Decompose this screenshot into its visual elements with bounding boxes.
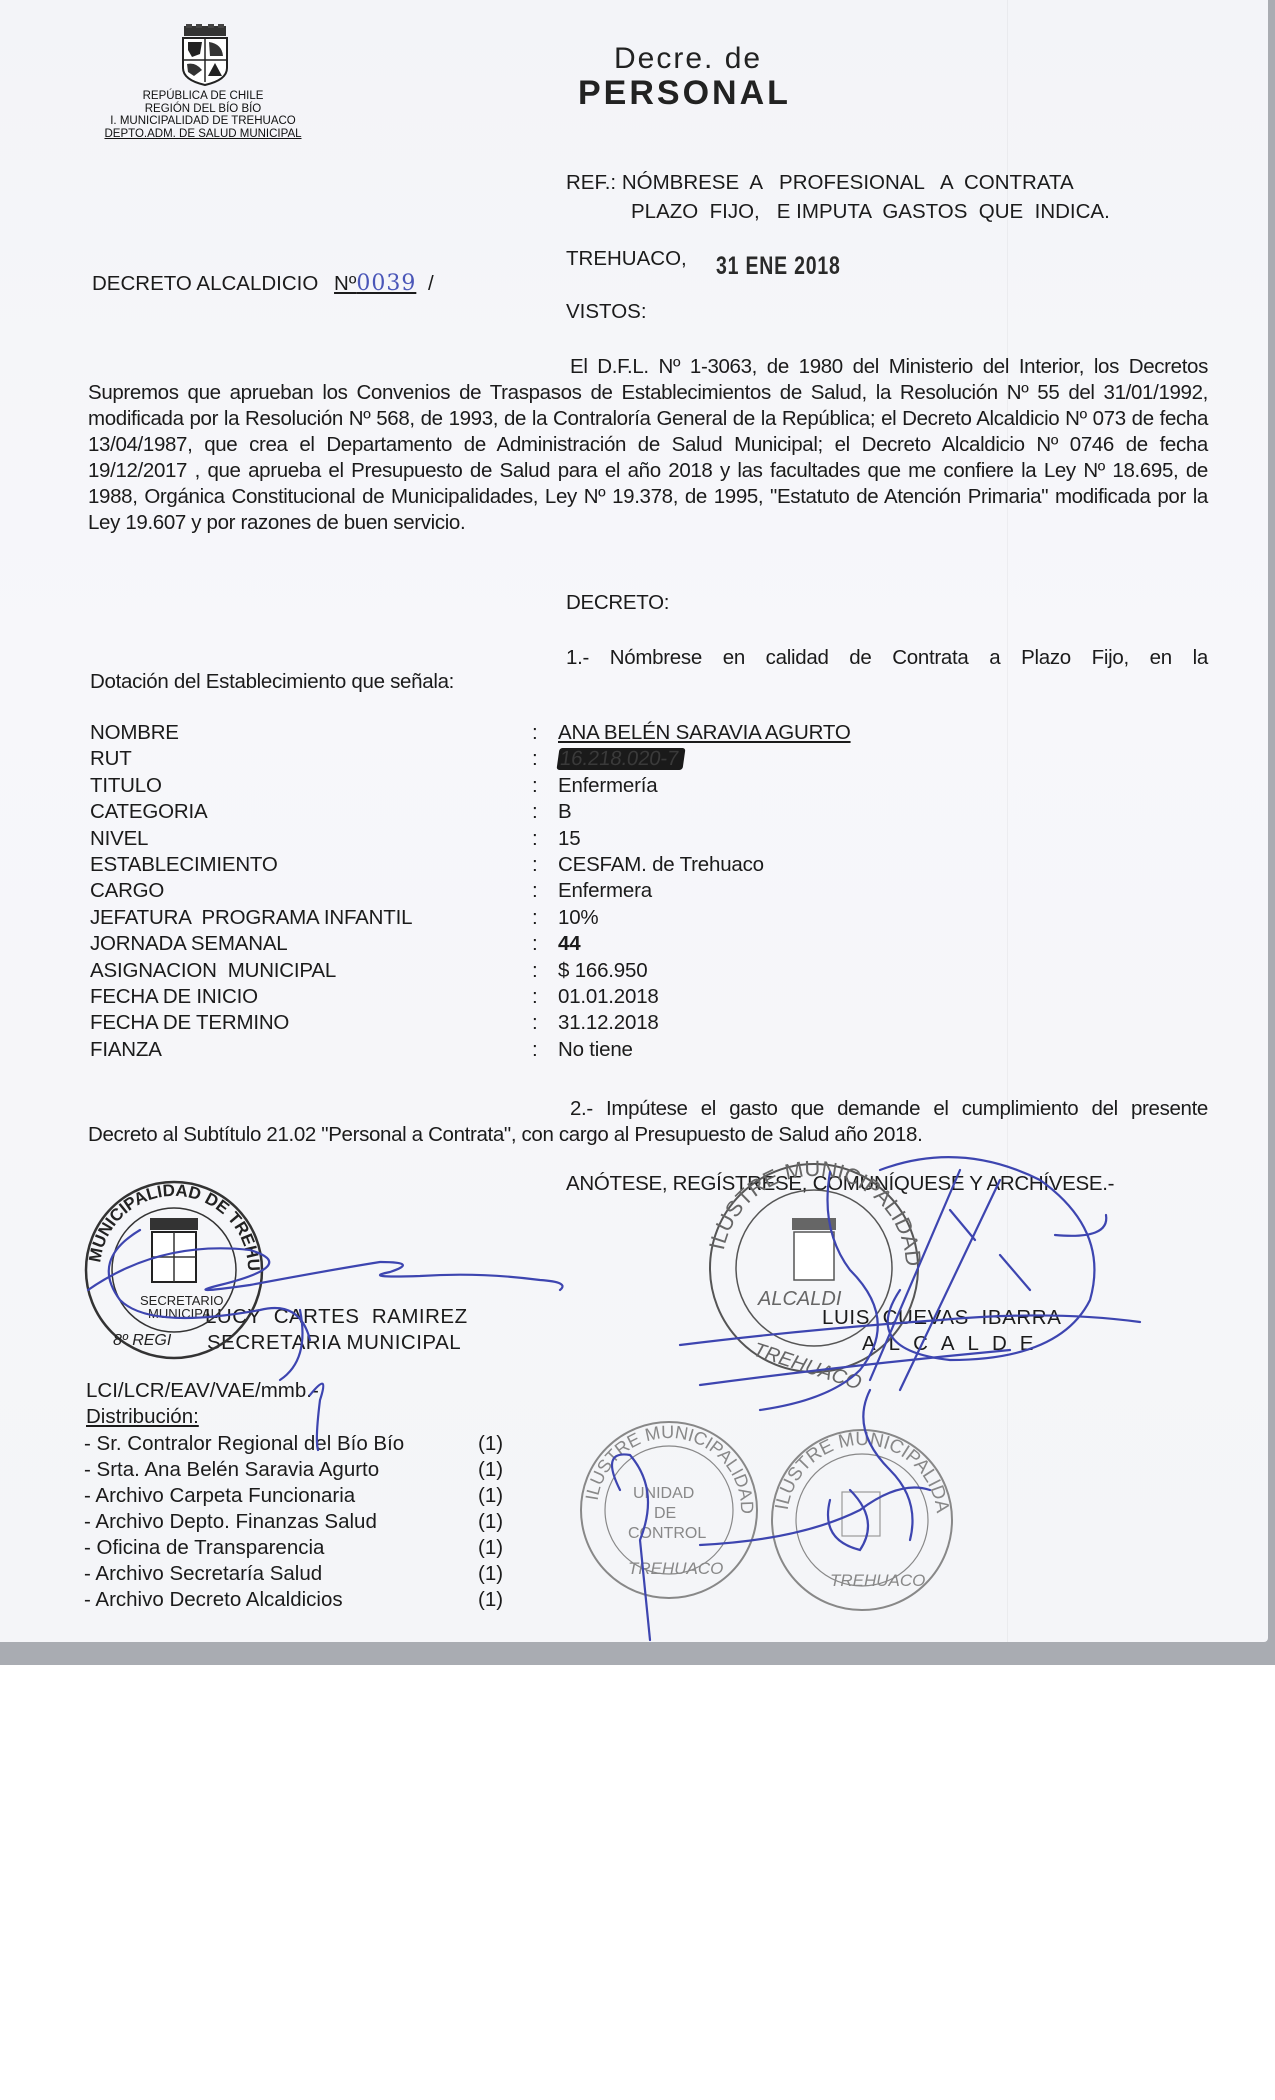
signatory-mayor: LUIS CUEVAS IBARRA ALCALDE [822,1305,1061,1357]
distribution-count: (1) [478,1509,503,1535]
field-value: 16.218.020-7 [558,746,684,772]
item-2-text: 2.- Impútese el gasto que demande el cum… [88,1097,1208,1146]
field-row: ASIGNACION MUNICIPAL:$ 166.950 [90,958,851,984]
item-2-paragraph: 2.- Impútese el gasto que demande el cum… [88,1096,1208,1148]
field-separator: : [532,931,558,957]
field-separator: : [532,984,558,1010]
handwritten-number: 0039 [356,271,416,296]
field-separator: : [532,958,558,984]
decree-number-field: Nº0039 [334,272,416,295]
distribution-list: - Sr. Contralor Regional del Bío Bío(1)-… [84,1431,503,1613]
svg-text:TREHUACO: TREHUACO [830,1571,925,1590]
distribution-count: (1) [478,1535,503,1561]
distribution-item: - Oficina de Transparencia(1) [84,1535,503,1561]
date-stamp: 31 ENE 2018 [716,252,841,281]
distribution-item: - Sr. Contralor Regional del Bío Bío(1) [84,1431,503,1457]
field-label: JEFATURA PROGRAMA INFANTIL [90,905,532,931]
svg-text:TREHUACO: TREHUACO [628,1559,723,1578]
decree-number: DECRETO ALCALDICIO Nº0039 / [92,271,434,296]
stamp-line-1: Decre. de [612,42,791,76]
field-label: CARGO [90,878,532,904]
distribution-item: - Srta. Ana Belén Saravia Agurto(1) [84,1457,503,1483]
distribution-count: (1) [478,1561,503,1587]
vistos-paragraph: El D.F.L. Nº 1-3063, de 1980 del Ministe… [88,354,1208,536]
field-value: No tiene [558,1037,633,1063]
distribution-item: - Archivo Carpeta Funcionaria(1) [84,1483,503,1509]
mayor-name: LUIS CUEVAS IBARRA [822,1305,1061,1331]
field-row: FECHA DE INICIO:01.01.2018 [90,984,851,1010]
field-value: B [558,799,571,825]
page-fold [1007,0,1008,1642]
number-sign: Nº [334,272,356,295]
field-separator: : [532,905,558,931]
field-row: NOMBRE:ANA BELÉN SARAVIA AGURTO [90,720,851,746]
field-label: JORNADA SEMANAL [90,931,532,957]
secretary-name: LUCY CARTES RAMIREZ [205,1304,468,1330]
field-row: FECHA DE TERMINO:31.12.2018 [90,1010,851,1036]
signatory-secretary: LUCY CARTES RAMIREZ SECRETARIA MUNICIPAL [205,1304,468,1356]
reference-block: REF.: NÓMBRESE A PROFESIONAL A CONTRATA … [566,168,1110,226]
distribution-recipient: - Srta. Ana Belén Saravia Agurto [84,1457,478,1483]
distribution-recipient: - Archivo Carpeta Funcionaria [84,1483,478,1509]
decreto-heading: DECRETO: [566,591,669,615]
distribution-count: (1) [478,1483,503,1509]
field-separator: : [532,1037,558,1063]
redacted-value: 16.218.020-7 [556,748,686,770]
distribution-recipient: - Archivo Secretaría Salud [84,1561,478,1587]
ref-label: REF.: [566,171,616,194]
field-value: Enfermería [558,773,657,799]
field-separator: : [532,878,558,904]
field-separator: : [532,852,558,878]
field-row: FIANZA:No tiene [90,1037,851,1063]
field-row: CARGO:Enfermera [90,878,851,904]
svg-text:UNIDAD: UNIDAD [633,1485,694,1502]
field-row: TITULO:Enfermería [90,773,851,799]
header-line-department: DEPTO.ADM. DE SALUD MUNICIPAL [88,128,318,141]
field-separator: : [532,826,558,852]
secretary-title: SECRETARIA MUNICIPAL [205,1330,468,1356]
field-row: JORNADA SEMANAL:44 [90,931,851,957]
header-line-region: REGIÓN DEL BÍO BÍO [88,103,318,116]
issuer-header: REPÚBLICA DE CHILE REGIÓN DEL BÍO BÍO I.… [88,90,318,140]
dotacion-text: Dotación del Establecimiento que señala: [90,670,454,694]
field-value: $ 166.950 [558,958,647,984]
field-separator: : [532,1010,558,1036]
field-label: RUT [90,746,532,772]
ref-line-1: NÓMBRESE A PROFESIONAL A CONTRATA [622,171,1074,194]
field-label: ASIGNACION MUNICIPAL [90,958,532,984]
vistos-heading: VISTOS: [566,300,647,324]
distribution-item: - Archivo Decreto Alcaldicios(1) [84,1587,503,1613]
distribution-count: (1) [478,1457,503,1483]
appointment-fields: NOMBRE:ANA BELÉN SARAVIA AGURTORUT:16.21… [90,720,851,1063]
stamp-line-2: PERSONAL [578,74,791,113]
svg-text:DE: DE [654,1505,676,1522]
distribution-recipient: - Archivo Depto. Finanzas Salud [84,1509,478,1535]
header-line-municipality: I. MUNICIPALIDAD DE TREHUACO [88,115,318,128]
field-value: ANA BELÉN SARAVIA AGURTO [558,720,851,746]
field-row: CATEGORIA:B [90,799,851,825]
field-row: RUT:16.218.020-7 [90,746,851,772]
distribution-heading: Distribución: [86,1405,199,1429]
vistos-text: El D.F.L. Nº 1-3063, de 1980 del Ministe… [88,355,1208,534]
field-separator: : [532,720,558,746]
decree-label: DECRETO ALCALDICIO [92,272,318,295]
svg-text:ILUSTRE MUNICIPALIDAD: ILUSTRE MUNICIPALIDAD [582,1422,757,1514]
field-label: FECHA DE INICIO [90,984,532,1010]
municipal-coat-of-arms-icon [178,24,232,86]
field-row: JEFATURA PROGRAMA INFANTIL:10% [90,905,851,931]
svg-text:MUNICIPALIDAD DE TREHUACO: MUNICIPALIDAD DE TREHUACO [0,0,263,1272]
ref-line-2: PLAZO FIJO, E IMPUTA GASTOS QUE INDICA. [566,197,1110,226]
distribution-recipient: - Oficina de Transparencia [84,1535,478,1561]
field-value: 10% [558,905,598,931]
field-separator: : [532,799,558,825]
distribution-recipient: - Archivo Decreto Alcaldicios [84,1587,478,1613]
closing-formula: ANÓTESE, REGÍSTRESE, COMUNÍQUESE Y ARCHÍ… [566,1172,1114,1196]
field-label: FIANZA [90,1037,532,1063]
personnel-decree-stamp: Decre. de PERSONAL [612,42,791,113]
distribution-item: - Archivo Depto. Finanzas Salud(1) [84,1509,503,1535]
item-1-text: 1.- Nómbrese en calidad de Contrata a Pl… [566,646,1208,670]
header-line-country: REPÚBLICA DE CHILE [88,90,318,103]
field-label: CATEGORIA [90,799,532,825]
field-value: 44 [558,931,580,957]
place: TREHUACO, [566,247,687,271]
field-value: 01.01.2018 [558,984,659,1010]
decree-suffix: / [428,272,434,295]
initials-line: LCI/LCR/EAV/VAE/mmb.- [86,1379,319,1403]
svg-text:8º REGI: 8º REGI [113,1332,172,1349]
distribution-item: - Archivo Secretaría Salud(1) [84,1561,503,1587]
field-separator: : [532,746,558,772]
field-separator: : [532,773,558,799]
document-page: REPÚBLICA DE CHILE REGIÓN DEL BÍO BÍO I.… [0,0,1268,1642]
field-value: CESFAM. de Trehuaco [558,852,764,878]
field-label: TITULO [90,773,532,799]
field-row: NIVEL:15 [90,826,851,852]
distribution-count: (1) [478,1431,503,1457]
field-value: 31.12.2018 [558,1010,659,1036]
distribution-count: (1) [478,1587,503,1613]
field-label: NOMBRE [90,720,532,746]
field-value: Enfermera [558,878,652,904]
mayor-title: ALCALDE [822,1331,1061,1357]
field-label: ESTABLECIMIENTO [90,852,532,878]
control-seal-icon: ILUSTRE MUNICIPALIDAD UNIDAD DE CONTROL … [581,1422,757,1598]
distribution-recipient: - Sr. Contralor Regional del Bío Bío [84,1431,478,1457]
field-row: ESTABLECIMIENTO:CESFAM. de Trehuaco [90,852,851,878]
svg-text:CONTROL: CONTROL [628,1525,706,1542]
field-label: NIVEL [90,826,532,852]
field-label: FECHA DE TERMINO [90,1010,532,1036]
field-value: 15 [558,826,580,852]
